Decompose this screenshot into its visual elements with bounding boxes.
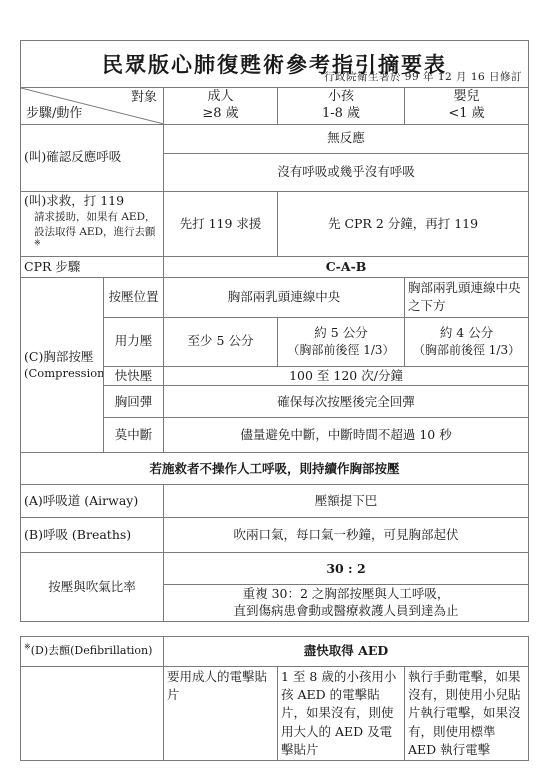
compression-interrupt-label: 莫中斷 (104, 418, 164, 453)
cpr-guideline-sheet: 民眾版心肺復甦術參考指引摘要表 行政院衛生署於 99 年 12 月 16 日修訂… (20, 40, 528, 761)
cpr-steps-value: C-A-B (164, 257, 529, 278)
row-airway-label: (A)呼吸道 (Airway) (21, 485, 164, 518)
ratio-detail: 重複 30：2 之胸部按壓與人工呼吸， 直到傷病患會動或醫療救護人員到達為止 (164, 585, 529, 622)
check-no-response: 無反應 (164, 124, 529, 153)
check-no-breathing: 沒有呼吸或幾乎沒有呼吸 (164, 153, 529, 191)
row-ratio-label: 按壓與吹氣比率 (21, 553, 164, 622)
compression-position-infant: 胸部兩乳頭連線中央之下方 (405, 278, 529, 317)
breaths-value: 吹兩口氣，每口氣一秒鐘，可見胸部起伏 (164, 518, 529, 553)
defib-empty-cell (21, 667, 164, 761)
defib-adult: 要用成人的電擊貼片 (164, 667, 278, 761)
table-gap (20, 622, 528, 636)
compression-rate-label: 快快壓 (104, 366, 164, 386)
no-rescue-breathing-note: 若施救者不操作人工呼吸，則持續作胸部按壓 (21, 453, 529, 485)
header-corner-steps: 步驟/動作 (26, 105, 82, 123)
call-child-infant: 先 CPR 2 分鐘，再打 119 (278, 191, 529, 257)
compression-position-label: 按壓位置 (104, 278, 164, 317)
compression-recoil-label: 胸回彈 (104, 386, 164, 418)
defib-footnote-mark: ※ (24, 643, 31, 652)
row-defib-label: ※(D)去顫(Defibrillation) (21, 637, 164, 667)
row-call-label: (叫)求救，打 119 請求援助，如果有 AED， 設法取得 AED，進行去顫※ (21, 191, 164, 257)
main-table: 民眾版心肺復甦術參考指引摘要表 行政院衛生署於 99 年 12 月 16 日修訂… (20, 40, 529, 622)
compression-position-adult-child: 胸部兩乳頭連線中央 (164, 278, 405, 317)
compression-depth-label: 用力壓 (104, 317, 164, 366)
header-child: 小孩 1-8 歲 (278, 88, 405, 125)
title-cell: 民眾版心肺復甦術參考指引摘要表 行政院衛生署於 99 年 12 月 16 日修訂 (21, 41, 529, 88)
compression-interrupt-value: 儘量避免中斷，中斷時間不超過 10 秒 (164, 418, 529, 453)
header-adult: 成人 ≥8 歲 (164, 88, 278, 125)
compression-depth-adult: 至少 5 公分 (164, 317, 278, 366)
ratio-value: 30 : 2 (164, 553, 529, 585)
defib-infant: 執行手動電擊，如果沒有，則使用小兒貼片執行電擊，如果沒有，則使用標準 AED 執… (405, 667, 529, 761)
row-check-label: (叫)確認反應呼吸 (21, 124, 164, 191)
compression-depth-infant: 約 4 公分 （胸部前後徑 1/3） (405, 317, 529, 366)
airway-value: 壓額提下巴 (164, 485, 529, 518)
defib-child: 1 至 8 歲的小孩用小孩 AED 的電擊貼片，如果沒有，則使用大人的 AED … (278, 667, 405, 761)
header-corner-subject: 對象 (131, 89, 157, 107)
diagonal-header-cell: 對象 步驟/動作 (21, 88, 164, 125)
row-compressions-label: (C)胸部按壓 (Compressions) (21, 278, 104, 453)
row-cpr-steps-label: CPR 步驟 (21, 257, 164, 278)
defib-reference-mark: ※ (34, 239, 41, 248)
defib-value: 盡快取得 AED (164, 637, 529, 667)
revision-note: 行政院衛生署於 99 年 12 月 16 日修訂 (324, 70, 522, 84)
call-adult: 先打 119 求援 (164, 191, 278, 257)
compression-depth-child: 約 5 公分 （胸部前後徑 1/3） (278, 317, 405, 366)
compression-recoil-value: 確保每次按壓後完全回彈 (164, 386, 529, 418)
defibrillation-table: ※(D)去顫(Defibrillation) 盡快取得 AED 要用成人的電擊貼… (20, 636, 529, 761)
header-infant: 嬰兒 <1 歲 (405, 88, 529, 125)
compression-rate-value: 100 至 120 次/分鐘 (164, 366, 529, 386)
row-breaths-label: (B)呼吸 (Breaths) (21, 518, 164, 553)
